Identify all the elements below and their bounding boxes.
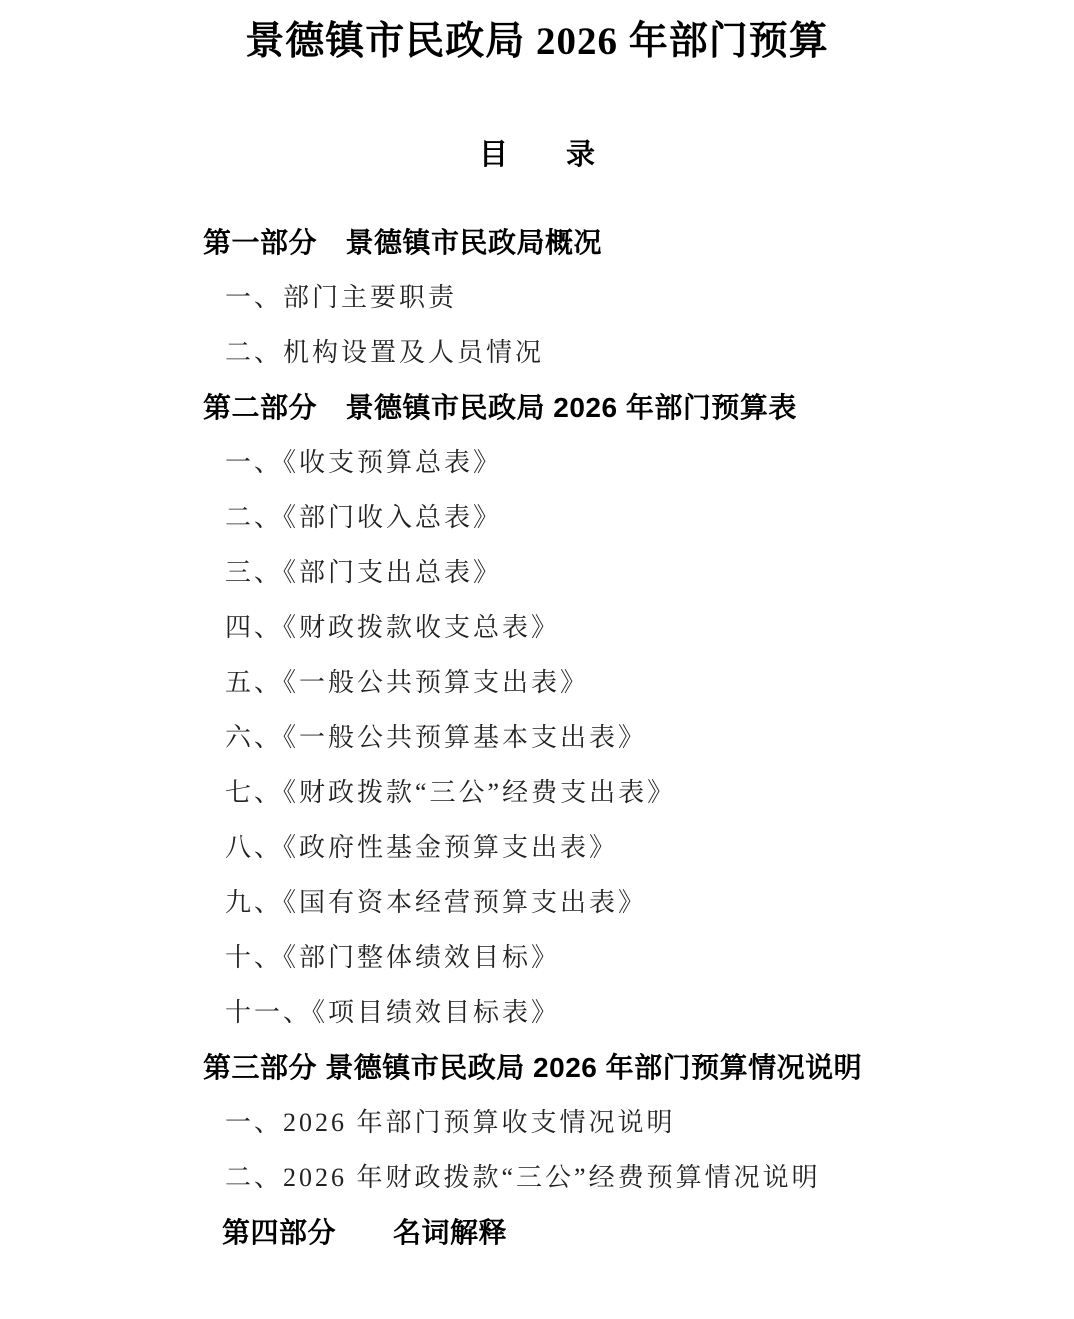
toc-item: 三、《部门支出总表》 xyxy=(0,545,1074,600)
toc-item: 二、2026 年财政拨款“三公”经费预算情况说明 xyxy=(0,1150,1074,1205)
toc-heading: 目 录 xyxy=(0,140,1074,170)
document-page: 景德镇市民政局 2026 年部门预算 目 录 第一部分 景德镇市民政局概况一、部… xyxy=(0,0,1074,1319)
toc-item: 十一、《项目绩效目标表》 xyxy=(0,985,1074,1040)
document-title: 景德镇市民政局 2026 年部门预算 xyxy=(0,0,1074,68)
toc-section-heading: 第三部分 景德镇市民政局 2026 年部门预算情况说明 xyxy=(0,1040,1074,1095)
toc-item: 七、《财政拨款“三公”经费支出表》 xyxy=(0,765,1074,820)
toc-item: 二、机构设置及人员情况 xyxy=(0,325,1074,380)
toc-item: 二、《部门收入总表》 xyxy=(0,490,1074,545)
toc-item: 十、《部门整体绩效目标》 xyxy=(0,930,1074,985)
toc-item: 五、《一般公共预算支出表》 xyxy=(0,655,1074,710)
toc-item: 八、《政府性基金预算支出表》 xyxy=(0,820,1074,875)
toc-section-heading: 第一部分 景德镇市民政局概况 xyxy=(0,215,1074,270)
toc-section-heading: 第二部分 景德镇市民政局 2026 年部门预算表 xyxy=(0,380,1074,435)
toc-item: 六、《一般公共预算基本支出表》 xyxy=(0,710,1074,765)
toc-item: 九、《国有资本经营预算支出表》 xyxy=(0,875,1074,930)
toc-item: 四、《财政拨款收支总表》 xyxy=(0,600,1074,655)
toc-section-heading: 第四部分 名词解释 xyxy=(0,1205,1074,1260)
toc-list: 第一部分 景德镇市民政局概况一、部门主要职责二、机构设置及人员情况第二部分 景德… xyxy=(0,215,1074,1260)
toc-item: 一、2026 年部门预算收支情况说明 xyxy=(0,1095,1074,1150)
toc-item: 一、部门主要职责 xyxy=(0,270,1074,325)
toc-item: 一、《收支预算总表》 xyxy=(0,435,1074,490)
